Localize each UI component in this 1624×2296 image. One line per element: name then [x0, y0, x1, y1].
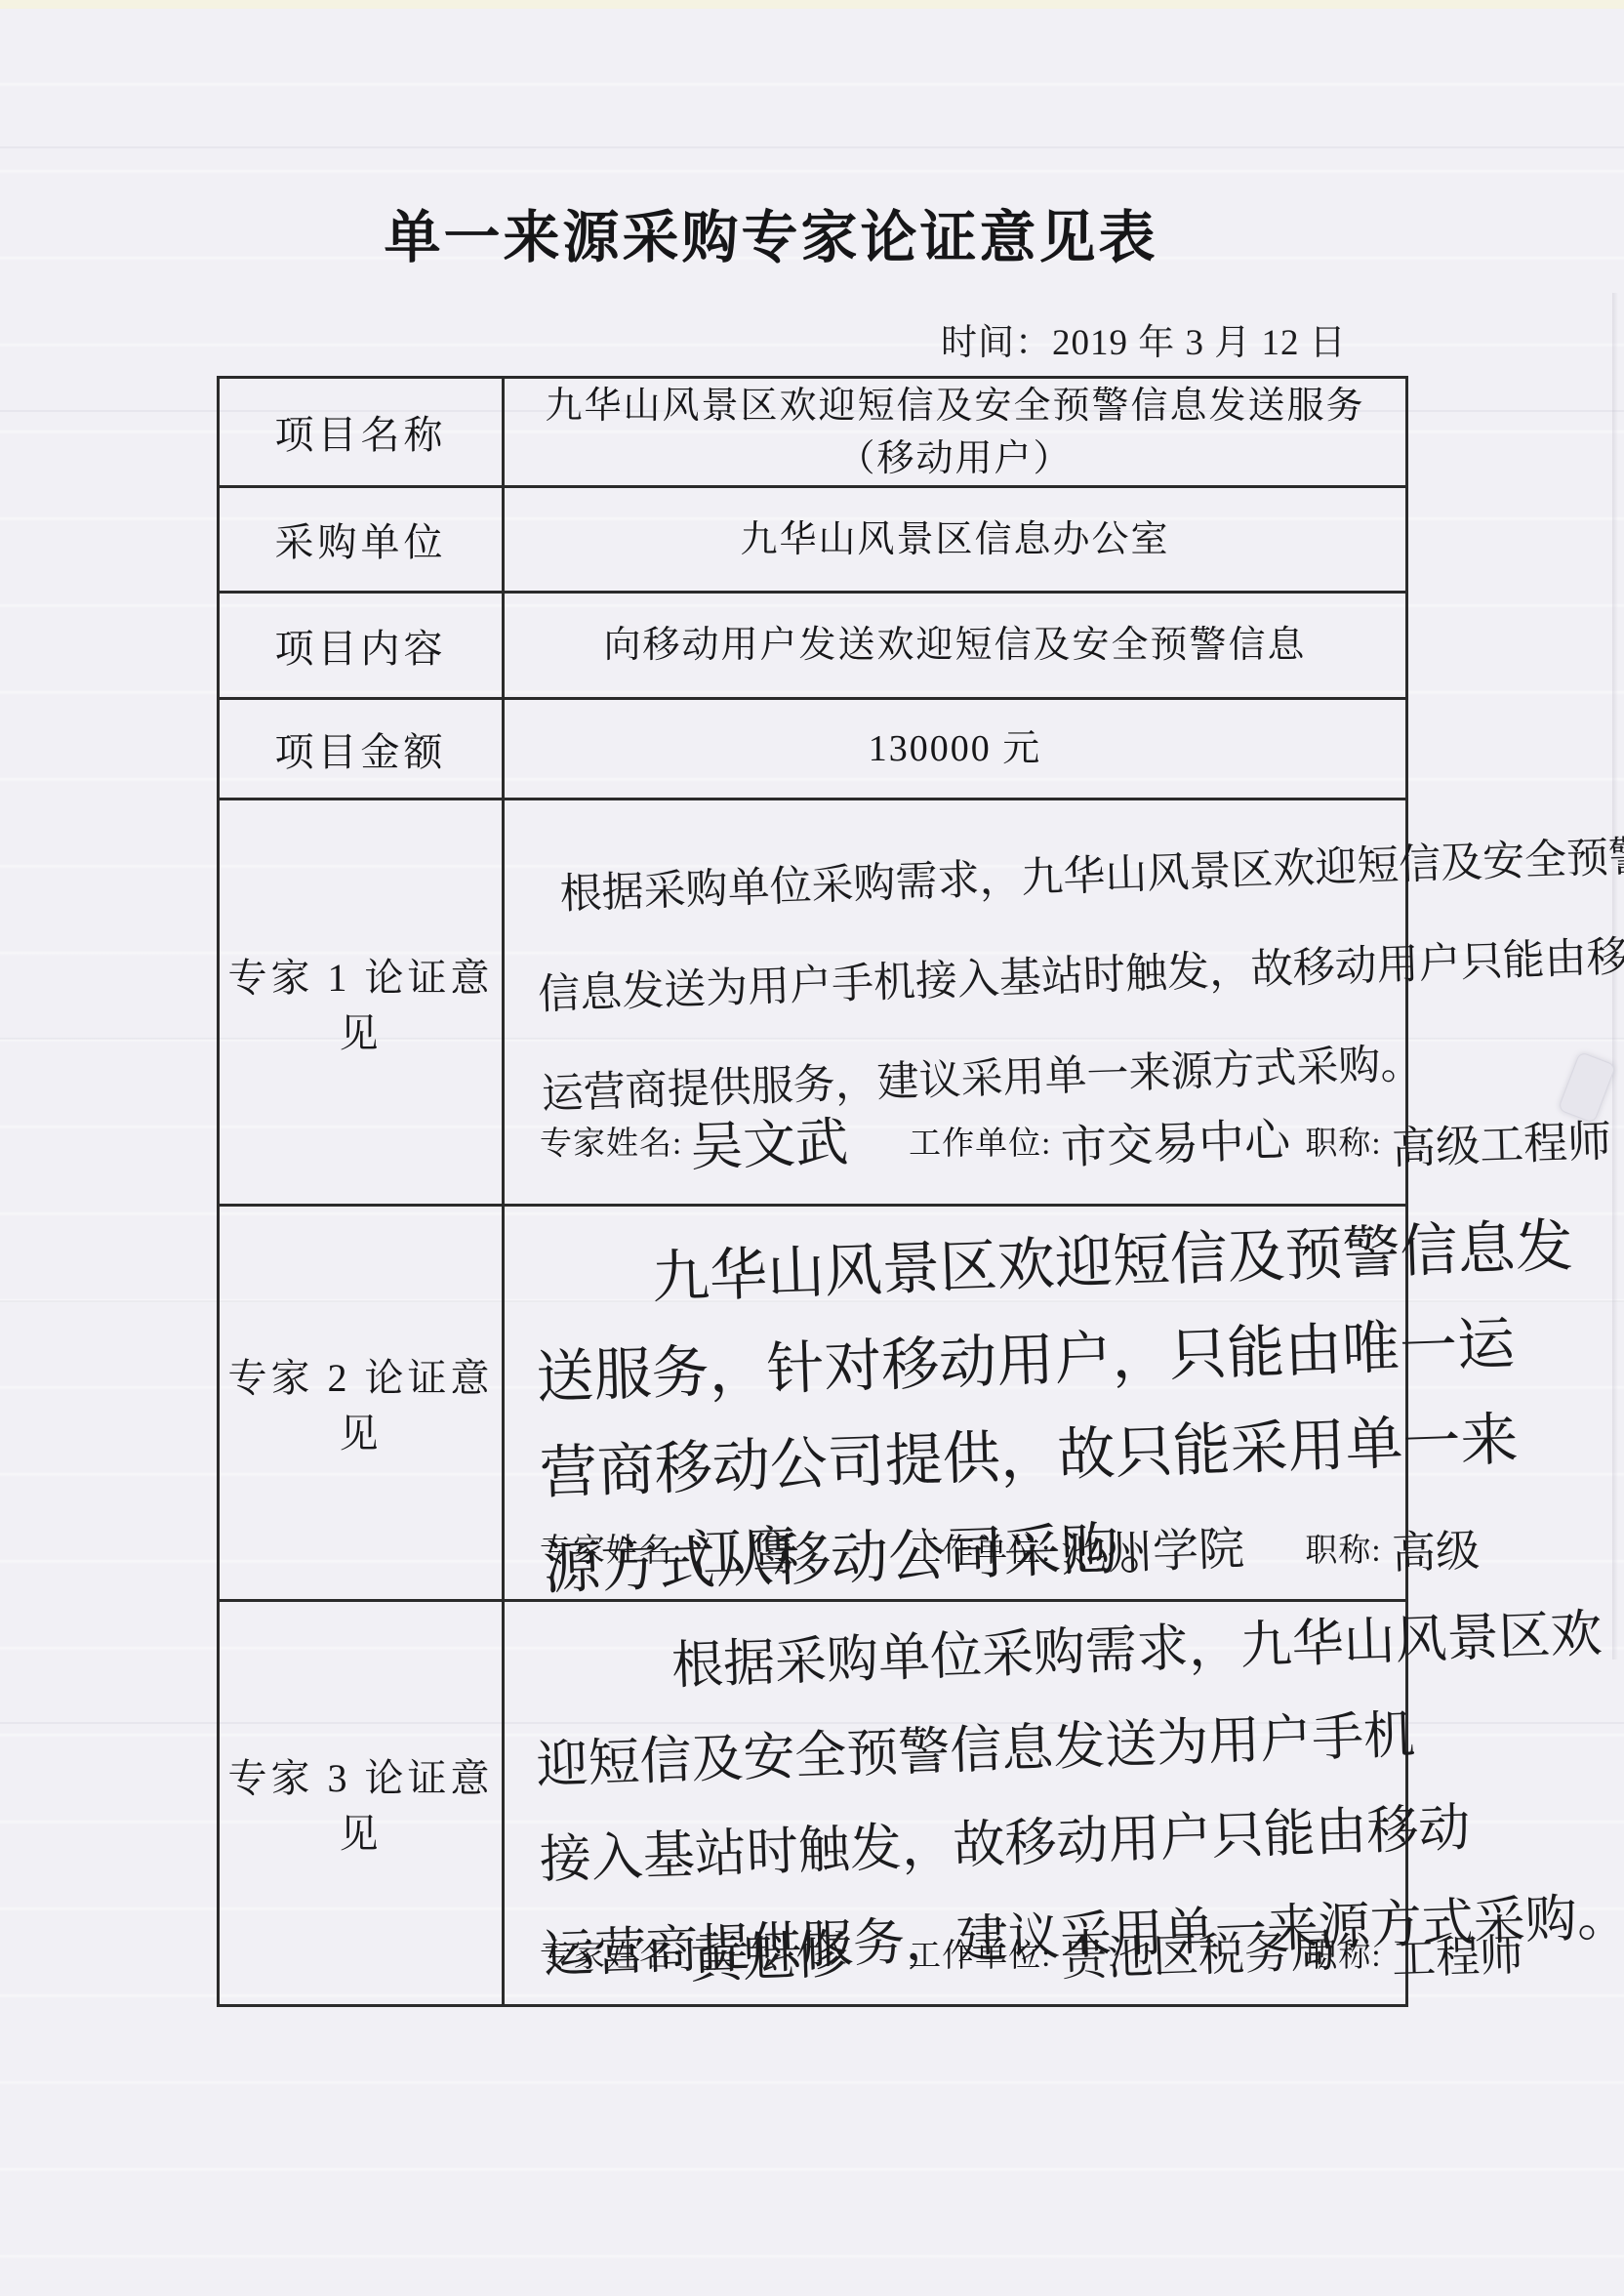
expert-2-title-handwriting: 高级	[1390, 1514, 1480, 1580]
expert-1-cell: 根据采购单位采购需求，九华山风景区欢迎短信及安全预警 信息发送为用户手机接入基站…	[505, 800, 1405, 1204]
row-expert-1-opinion: 专家 1 论证意见 根据采购单位采购需求，九华山风景区欢迎短信及安全预警 信息发…	[220, 800, 1405, 1207]
project-name-line1: 九华山风景区欢迎短信及安全预警信息发送服务	[545, 380, 1364, 432]
row-purchasing-unit: 采购单位 九华山风景区信息办公室	[220, 488, 1405, 594]
row-expert-2-opinion: 专家 2 论证意见 九华山风景区欢迎短信及预警信息发 送服务，针对移动用户，只能…	[220, 1207, 1405, 1602]
project-name-value: 九华山风景区欢迎短信及安全预警信息发送服务 （移动用户）	[505, 379, 1405, 485]
expert-2-unit-handwriting: 池州学院	[1060, 1511, 1267, 1583]
expert-1-name-handwriting: 吴文武	[689, 1100, 848, 1181]
scanned-form-page: 单一来源采购专家论证意见表 时间：2019 年 3 月 12 日 项目名称 九华…	[0, 0, 1624, 2296]
expert-3-cell: 根据采购单位采购需求，九华山风景区欢 迎短信及安全预警信息发送为用户手机 接入基…	[505, 1602, 1405, 2004]
expert-2-name-handwriting: 江鹰	[689, 1507, 848, 1588]
form-date: 时间：2019 年 3 月 12 日	[941, 312, 1347, 365]
work-unit-label: 工作单位:	[909, 1525, 1051, 1571]
work-unit-label: 工作单位:	[909, 1930, 1051, 1976]
expert-3-signature-row: 专家姓名: 黄魁修 工作单位: 贵池区税务局 职称: 工程师	[540, 1915, 1400, 1990]
expert-1-signature-row: 专家姓名: 吴文武 工作单位: 市交易中心 职称: 高级工程师	[540, 1103, 1400, 1178]
purchasing-unit-value: 九华山风景区信息办公室	[505, 488, 1405, 591]
project-content-label: 项目内容	[220, 594, 505, 697]
job-title-label: 职称:	[1305, 1525, 1381, 1571]
expert-name-label: 专家姓名:	[540, 1118, 682, 1164]
expert-1-label: 专家 1 论证意见	[220, 800, 505, 1204]
job-title-label: 职称:	[1305, 1118, 1381, 1164]
project-amount-value: 130000 元	[505, 700, 1405, 798]
form-title: 单一来源采购专家论证意见表	[376, 191, 1166, 273]
expert-1-title-handwriting: 高级工程师	[1390, 1105, 1611, 1176]
project-name-line2: （移动用户）	[837, 432, 1072, 485]
row-project-content: 项目内容 向移动用户发送欢迎短信及安全预警信息	[220, 594, 1405, 700]
project-content-value: 向移动用户发送欢迎短信及安全预警信息	[505, 594, 1405, 697]
expert-3-label: 专家 3 论证意见	[220, 1602, 505, 2004]
expert-2-cell: 九华山风景区欢迎短信及预警信息发 送服务，针对移动用户，只能由唯一运 营商移动公…	[505, 1207, 1405, 1599]
work-unit-label: 工作单位:	[909, 1118, 1051, 1164]
row-project-amount: 项目金额 130000 元	[220, 700, 1405, 800]
expert-1-opinion-handwriting: 根据采购单位采购需求，九华山风景区欢迎短信及安全预警 信息发送为用户手机接入基站…	[533, 814, 1449, 1144]
scanner-streak	[0, 146, 1624, 148]
form-table: 项目名称 九华山风景区欢迎短信及安全预警信息发送服务 （移动用户） 采购单位 九…	[217, 376, 1408, 2007]
project-name-label: 项目名称	[220, 379, 505, 485]
expert-2-signature-row: 专家姓名: 江鹰 工作单位: 池州学院 职称: 高级	[540, 1510, 1400, 1585]
project-amount-label: 项目金额	[220, 700, 505, 798]
expert-2-label: 专家 2 论证意见	[220, 1207, 505, 1599]
expert-3-title-handwriting: 工程师	[1390, 1919, 1523, 1988]
expert-3-unit-handwriting: 贵池区税务局	[1060, 1916, 1267, 1988]
row-project-name: 项目名称 九华山风景区欢迎短信及安全预警信息发送服务 （移动用户）	[220, 379, 1405, 488]
expert-name-label: 专家姓名:	[540, 1525, 682, 1571]
expert-3-name-handwriting: 黄魁修	[689, 1912, 848, 1993]
row-expert-3-opinion: 专家 3 论证意见 根据采购单位采购需求，九华山风景区欢 迎短信及安全预警信息发…	[220, 1602, 1405, 2004]
expert-name-label: 专家姓名:	[540, 1930, 682, 1976]
expert-1-unit-handwriting: 市交易中心	[1060, 1104, 1267, 1176]
scan-edge-artifact	[0, 0, 1624, 9]
purchasing-unit-label: 采购单位	[220, 488, 505, 591]
